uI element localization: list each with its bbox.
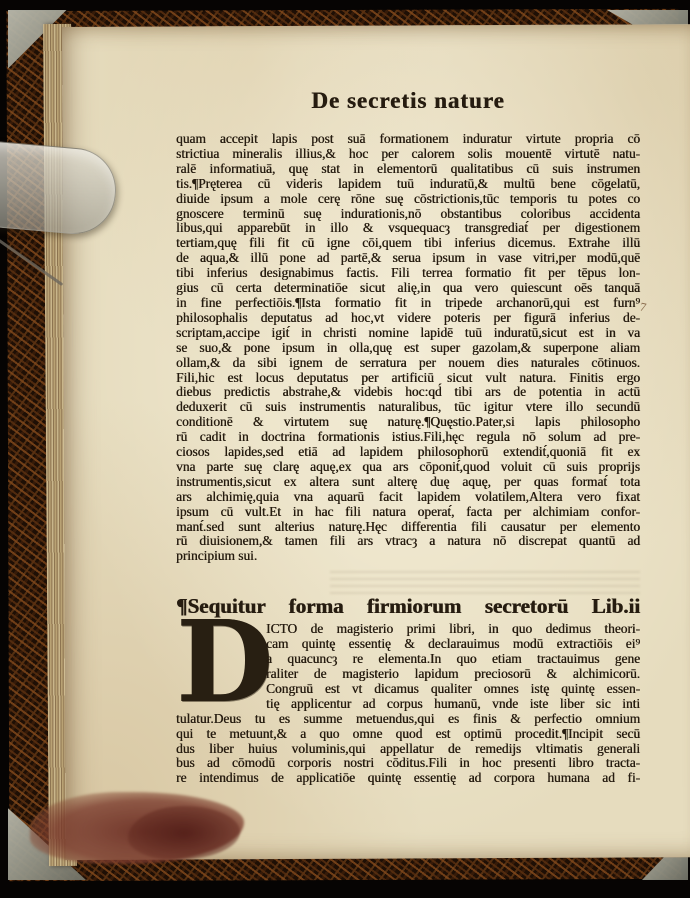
text-line: ars alchimię,quia vna aquarū facit lapid… (176, 490, 640, 505)
running-title: De secretis nature (176, 88, 640, 114)
text-line: ipsum cū vult.Et in hac fili natura oper… (176, 505, 640, 520)
text-line: tulatur.Deus tu es summe metuendus,qui e… (176, 712, 640, 727)
text-line: libus,qui apparebūt in illo & vsquequacȝ… (176, 221, 640, 236)
text-line: bus ad cōmodū corporis nostri cōditus.Fi… (176, 756, 640, 771)
book-scan: De secretis nature quam accepit lapis po… (0, 0, 690, 898)
text-line: gnoscere terminū suę indurationis,nō obs… (176, 207, 640, 222)
text-line: quam accepit lapis post suā formationem … (176, 132, 640, 147)
page-content: De secretis nature quam accepit lapis po… (176, 88, 640, 786)
text-line: principium sui. (176, 549, 640, 564)
text-line: tis.¶Pręterea cū videris lapidem tuū ind… (176, 177, 640, 192)
text-line: de aqua,& illū pone ad partē,& serua ips… (176, 251, 640, 266)
text-line: ralē informatiuā, quę stat in elementorū… (176, 162, 640, 177)
text-line: scriptam,accipe igit́ in christi nomine … (176, 326, 640, 341)
text-line: deduxerit cū suis instrumentis naturalib… (176, 400, 640, 415)
text-line: qui te metuunt,& a quo omne quod est opt… (176, 727, 640, 742)
text-line: mant́.sed sunt alterius naturę.Hęc diffe… (176, 520, 640, 535)
text-line: ollam,& da sibi ignem de serratura per n… (176, 356, 640, 371)
text-line: strictiua mineralis illius,& hoc per cal… (176, 147, 640, 162)
text-line: diebus predictis abstrahe,& videbis hoc:… (176, 385, 640, 400)
text-line: instrumentis,sicut ex altera sunt alterę… (176, 475, 640, 490)
text-line: philosophalis deputatus ad hoc,vt videre… (176, 311, 640, 326)
text-line: tertiam,quę fili fit cū igne cōi,quem ti… (176, 236, 640, 251)
text-line: vna parte suę clarę aquę,ex qua ars cōpo… (176, 460, 640, 475)
paragraph-2: D ICTO de magisterio primi libri, in quo… (176, 622, 640, 786)
text-line: conditionē & virtutem suę naturę.¶Quęsti… (176, 415, 640, 430)
text-line: ciosos lapides,sed etiā ad lapidem philo… (176, 445, 640, 460)
text-line: rū diuisionem,& tamen fili ars vtracȝ a … (176, 534, 640, 549)
text-line: diuide ipsum a mole cerę rōne suę cōstri… (176, 192, 640, 207)
text-line: rū cadit in doctrina formationis istius.… (176, 430, 640, 445)
text-line: in fine perfectiōis.¶Ista formatio fit i… (176, 296, 640, 311)
paragraph-1: quam accepit lapis post suā formationem … (176, 132, 640, 564)
section-heading: ¶Sequitur forma firmiorum secretorū Lib.… (176, 594, 640, 618)
decorated-initial-d: D (176, 622, 260, 708)
text-line: re intendimus de applicatiōe quintę esse… (176, 771, 640, 786)
text-line: Fili,hic est locus deputatus per artific… (176, 371, 640, 386)
text-line: gius cū certa determinatiōe sicut alię,i… (176, 281, 640, 296)
text-line: se suo,& pone ipsum in olla,quę est supe… (176, 341, 640, 356)
text-line: tibi inferius designabimus factis. Fili … (176, 266, 640, 281)
text-line: dus liber huius voluminis,qui appellatur… (176, 742, 640, 757)
